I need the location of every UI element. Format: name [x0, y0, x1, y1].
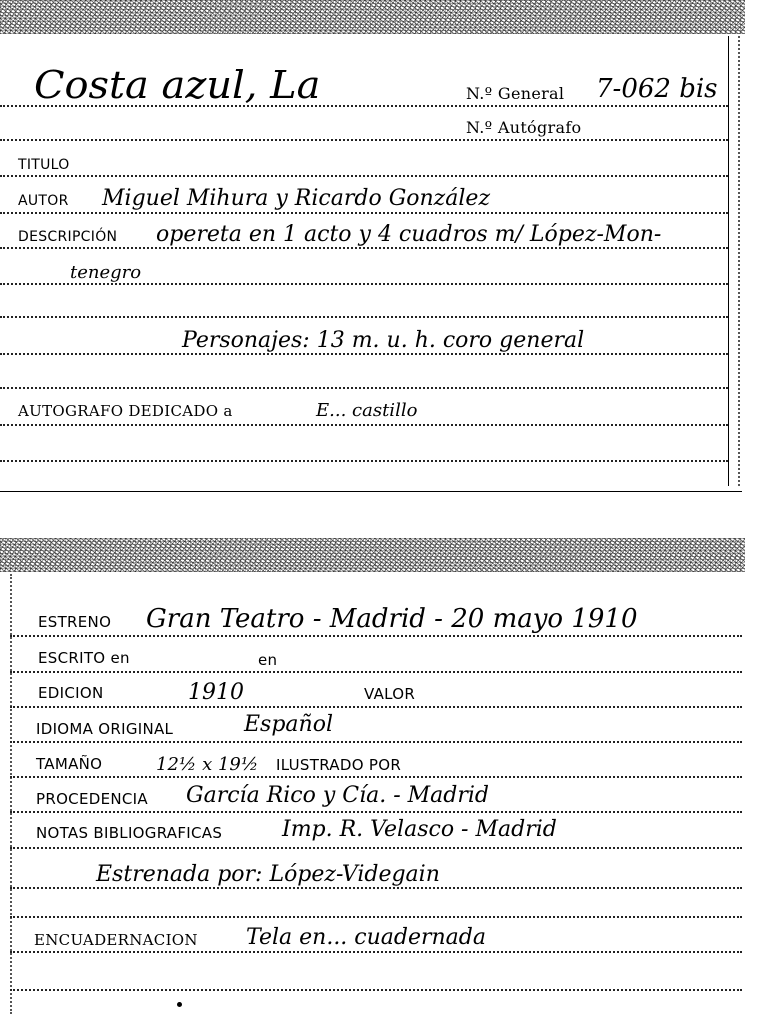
- rule-4: [0, 212, 728, 214]
- escrito-en-label: en: [258, 653, 277, 668]
- catalog-card-back: ESTRENO Gran Teatro - Madrid - 20 mayo 1…: [0, 538, 759, 1028]
- rule-7: [0, 316, 728, 318]
- card-bottom-edge: [0, 491, 742, 492]
- procedencia-label: PROCEDENCIA: [36, 792, 148, 807]
- autografo-dedicado-label: AUTOGRAFO DEDICADO a: [18, 404, 233, 419]
- rule-10: [0, 424, 728, 426]
- tamano-label: TAMAÑO: [36, 757, 102, 772]
- rule-b9: [10, 916, 742, 918]
- estreno-label: ESTRENO: [38, 615, 111, 630]
- rule-b5: [10, 776, 742, 778]
- rule-b8: [10, 887, 742, 889]
- rule-9: [0, 387, 728, 389]
- rule-2: [0, 139, 728, 141]
- rule-b1: [10, 635, 742, 637]
- descripcion-label: DESCRIPCIÓN: [18, 230, 117, 244]
- rule-11: [0, 460, 728, 462]
- escrito-label: ESCRITO en: [38, 651, 130, 666]
- rule-3: [0, 175, 728, 177]
- ink-dot: [177, 1002, 182, 1007]
- card-right-edge: [738, 36, 740, 486]
- autor-label: AUTOR: [18, 194, 69, 208]
- encuadernacion-value: Tela en... cuadernada: [246, 927, 486, 949]
- estreno-value: Gran Teatro - Madrid - 20 mayo 1910: [146, 606, 638, 632]
- numero-autografo-label: N.º Autógrafo: [466, 120, 581, 136]
- numero-general-value: 7-062 bis: [596, 76, 718, 102]
- idioma-label: IDIOMA ORIGINAL: [36, 722, 173, 737]
- rule-6: [0, 283, 728, 285]
- edicion-value: 1910: [188, 682, 244, 704]
- numero-general-label: N.º General: [466, 86, 564, 102]
- edicion-label: EDICION: [38, 686, 103, 701]
- valor-label: VALOR: [364, 687, 415, 702]
- idioma-value: Español: [244, 714, 333, 736]
- rule-b11: [10, 989, 742, 991]
- notas-label: NOTAS BIBLIOGRAFICAS: [36, 826, 222, 841]
- descripcion-value: opereta en 1 acto y 4 cuadros m/ López-M…: [156, 224, 661, 246]
- notas-continuation: Estrenada por: López-Videgain: [96, 864, 440, 886]
- notas-value: Imp. R. Velasco - Madrid: [282, 819, 557, 841]
- autor-value: Miguel Mihura y Ricardo González: [102, 188, 490, 210]
- rule-b10: [10, 951, 742, 953]
- rule-b2: [10, 671, 742, 673]
- titulo-label: TITULO: [18, 158, 70, 172]
- descripcion-continuation: tenegro: [70, 264, 141, 282]
- rule-1: [0, 105, 728, 107]
- ilustrado-label: ILUSTRADO POR: [276, 758, 401, 773]
- rule-b6: [10, 811, 742, 813]
- autografo-dedicado-value: E... castillo: [316, 402, 417, 420]
- rule-5: [0, 247, 728, 249]
- personajes-note: Personajes: 13 m. u. h. coro general: [182, 330, 584, 352]
- tamano-value: 12½ x 19½: [156, 756, 258, 774]
- card-left-edge: [10, 574, 12, 1014]
- encuadernacion-label: ENCUADERNACION: [34, 933, 198, 948]
- title-handwritten: Costa azul, La: [34, 66, 320, 104]
- catalog-card-front: Costa azul, La N.º General 7-062 bis N.º…: [0, 0, 759, 495]
- rule-b3: [10, 706, 742, 708]
- rule-b4: [10, 741, 742, 743]
- rule-8: [0, 353, 728, 355]
- procedencia-value: García Rico y Cía. - Madrid: [186, 785, 489, 807]
- card-right-border: [728, 36, 729, 486]
- rule-b7: [10, 847, 742, 849]
